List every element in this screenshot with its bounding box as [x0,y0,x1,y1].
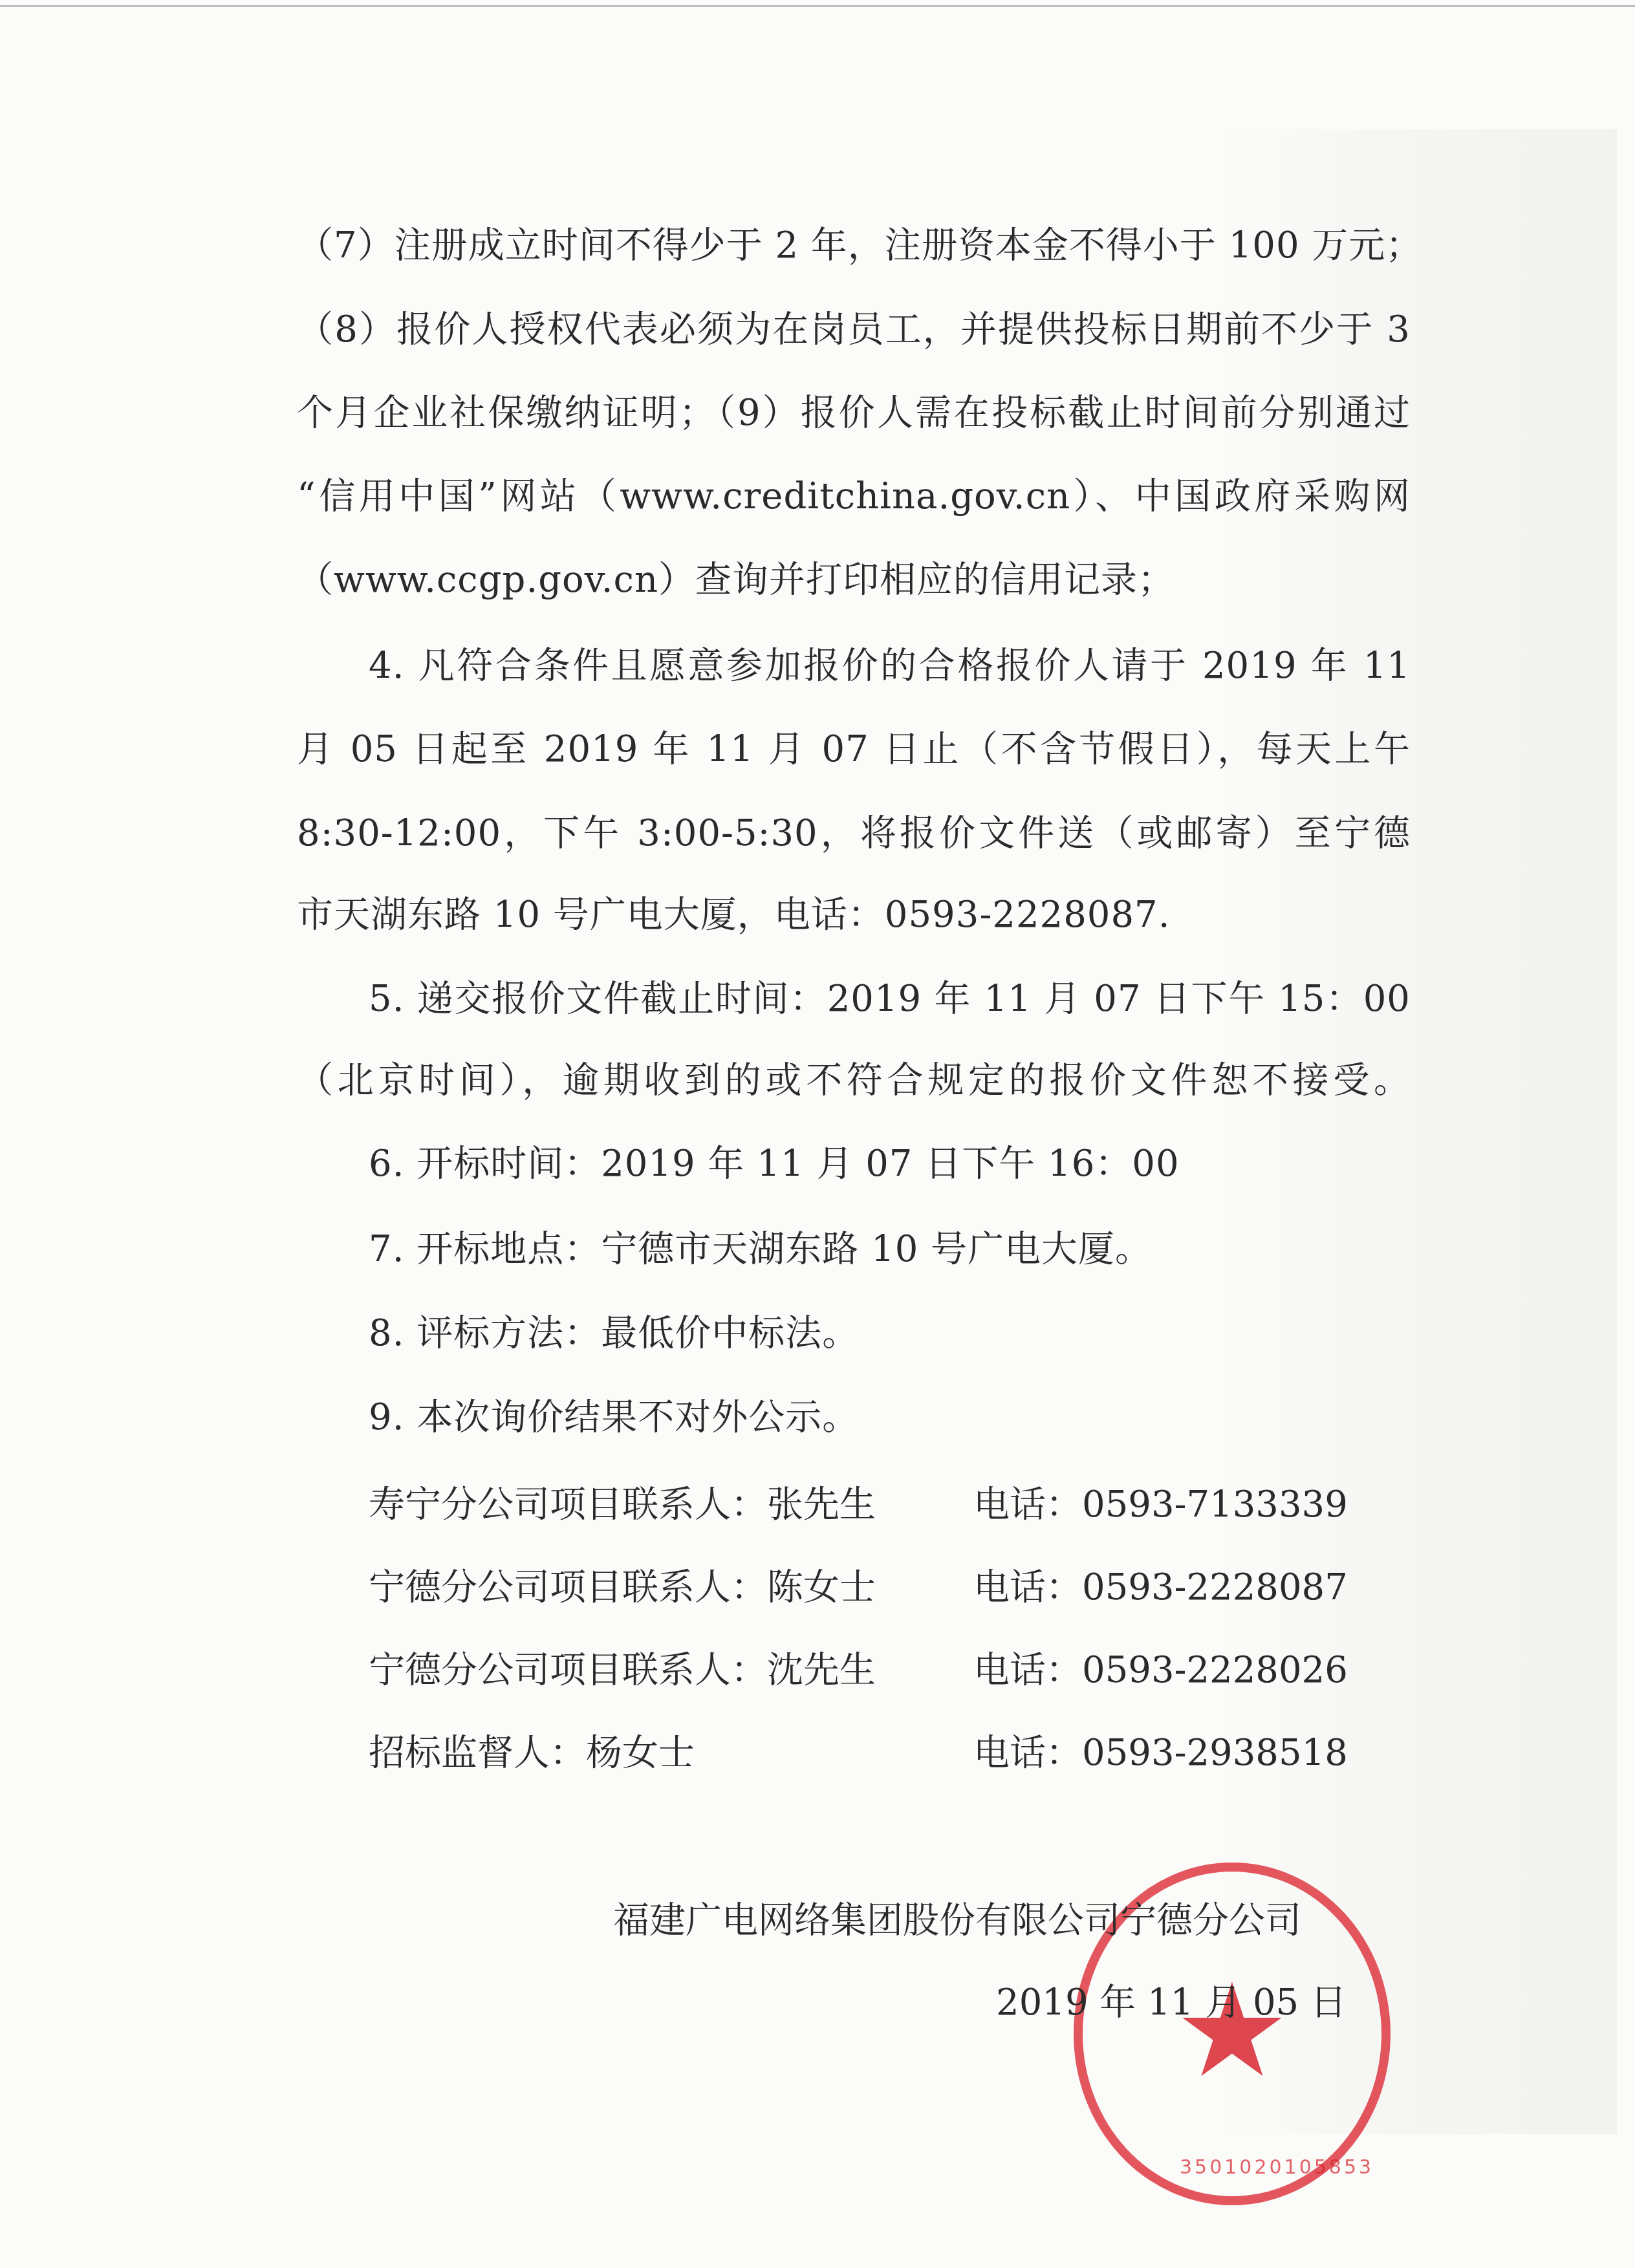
item-6-bid-opening-time: 6. 开标时间：2019 年 11 月 07 日下午 16：00 [369,1141,1180,1187]
requirement-8-9-line: 个月企业社保缴纳证明；（9）报价人需在投标截止时间前分别通过 [297,391,1411,436]
document-page: （7）注册成立时间不得少于 2 年，注册资本金不得小于 100 万元； （8）报… [0,0,1635,2268]
requirement-7-line: （7）注册成立时间不得少于 2 年，注册资本金不得小于 100 万元； [297,223,1422,268]
item-9-result-notice: 9. 本次询价结果不对外公示。 [369,1395,859,1440]
issue-date: 2019 年 11 月 05 日 [996,1980,1347,2025]
stamp-code: 3501020105853 [1180,2156,1374,2179]
contact-phone: 电话：0593-7133339 [973,1482,1348,1528]
item-8-evaluation-method: 8. 评标方法：最低价中标法。 [369,1311,859,1356]
item-7-bid-opening-location: 7. 开标地点：宁德市天湖东路 10 号广电大厦。 [369,1227,1152,1272]
requirement-8-line: （8）报价人授权代表必须为在岗员工，并提供投标日期前不少于 3 [297,307,1411,352]
item-4-line-3: 8:30-12:00，下午 3:00-5:30，将报价文件送（或邮寄）至宁德 [297,811,1411,856]
contact-phone: 电话：0593-2228087 [973,1565,1348,1610]
requirement-9-line-ccgp: （www.ccgp.gov.cn）查询并打印相应的信用记录； [297,557,1175,603]
issuer-company: 福建广电网络集团股份有限公司宁德分公司 [613,1898,1301,1943]
contact-phone: 电话：0593-2938518 [973,1731,1348,1776]
item-4-line-2: 月 05 日起至 2019 年 11 月 07 日止（不含节假日），每天上午 [297,727,1411,772]
item-5-line-2: （北京时间），逾期收到的或不符合规定的报价文件恕不接受。 [297,1058,1411,1103]
item-4-line-1: 4. 凡符合条件且愿意参加报价的合格报价人请于 2019 年 11 [369,643,1411,689]
item-5-line-1: 5. 递交报价文件截止时间：2019 年 11 月 07 日下午 15：00 [369,977,1411,1022]
contact-phone: 电话：0593-2228026 [973,1648,1348,1693]
contact-person: 招标监督人：杨女士 [369,1731,695,1776]
item-4-line-4: 市天湖东路 10 号广电大厦，电话：0593-2228087. [297,892,1171,938]
contact-person: 宁德分公司项目联系人：沈先生 [369,1648,876,1693]
contact-person: 寿宁分公司项目联系人：张先生 [369,1482,876,1528]
requirement-9-line-creditchina: “信用中国”网站（www.creditchina.gov.cn）、中国政府采购网 [297,474,1411,519]
contact-person: 宁德分公司项目联系人：陈女士 [369,1565,876,1610]
